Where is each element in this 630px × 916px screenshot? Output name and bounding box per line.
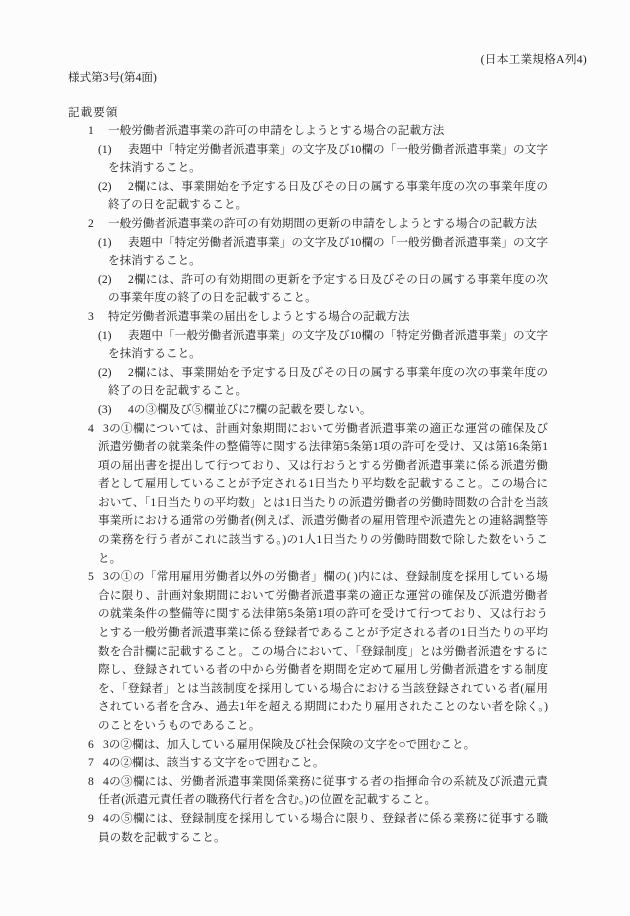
item-number: 9 [88,810,94,829]
instruction-item-7: 7 4の②欄は、該当する文字を○で囲むこと。 [88,754,548,773]
subitem-number: (1) [98,141,112,160]
subitem-2-1: (1) 表題中「特定労働者派遣事業」の文字及び10欄の「一般労働者派遣事業」の文… [88,234,548,271]
instruction-item-5: 5 3の①の「常用雇用労働者以外の労働者」欄の( )内には、登録制度を採用してい… [88,568,548,735]
subitem-number: (2) [98,364,112,383]
instruction-item-8: 8 4の③欄には、労働者派遣事業関係業務に従事する者の指揮命令の系統及び派遣元責… [88,773,548,810]
subitem-number: (3) [98,401,112,420]
item-head: 1 一般労働者派遣事業の許可の申請をしようとする場合の記載方法 [88,122,548,141]
item-number: 8 [88,773,94,792]
subitem-text: 2欄には、事業開始を予定する日及びその日の属する事業年度の次の事業年度の終了の日… [108,180,548,212]
item-head: 3 特定労働者派遣事業の届出をしようとする場合の記載方法 [88,308,548,327]
item-text: 3の②欄は、加入している雇用保険及び社会保険の文字を○で囲むこと。 [103,738,475,751]
instruction-item-3: 3 特定労働者派遣事業の届出をしようとする場合の記載方法 (1) 表題中「一般労… [88,308,548,420]
item-number: 5 [88,568,94,587]
subitem-text: 2欄には、事業開始を予定する日及びその日の属する事業年度の次の事業年度の終了の日… [108,366,548,398]
instruction-item-6: 6 3の②欄は、加入している雇用保険及び社会保険の文字を○で囲むこと。 [88,736,548,755]
subitem-text: 表題中「一般労働者派遣事業」の文字及び10欄の「特定労働者派遣事業」の文字を抹消… [108,329,548,361]
item-text: 4の②欄は、該当する文字を○で囲むこと。 [103,756,325,769]
item-number: 6 [88,736,94,755]
subitem-3-1: (1) 表題中「一般労働者派遣事業」の文字及び10欄の「特定労働者派遣事業」の文… [88,327,548,364]
instruction-item-2: 2 一般労働者派遣事業の許可の有効期間の更新の申請をしようとする場合の記載方法 … [88,215,548,308]
instruction-item-9: 9 4の⑤欄には、登録制度を採用している場合に限り、登録者に係る業務に従事する職… [88,810,548,847]
instructions-list: 1 一般労働者派遣事業の許可の申請をしようとする場合の記載方法 (1) 表題中「… [88,122,548,847]
item-text: 3の①の「常用雇用労働者以外の労働者」欄の( )内には、登録制度を採用している場… [98,570,548,732]
subitem-number: (1) [98,234,112,253]
subitem-number: (1) [98,327,112,346]
item-number: 2 [88,215,94,234]
instruction-item-1: 1 一般労働者派遣事業の許可の申請をしようとする場合の記載方法 (1) 表題中「… [88,122,548,215]
subitem-text: 表題中「特定労働者派遣事業」の文字及び10欄の「一般労働者派遣事業」の文字を抹消… [108,143,548,175]
subitem-text: 表題中「特定労働者派遣事業」の文字及び10欄の「一般労働者派遣事業」の文字を抹消… [108,236,548,268]
item-number: 4 [88,420,94,439]
item-number: 1 [88,122,94,141]
item-text: 一般労働者派遣事業の許可の申請をしようとする場合の記載方法 [108,124,444,137]
subitem-text: 4の③欄及び⑤欄並びに7欄の記載を要しない。 [128,403,371,416]
section-heading: 記載要領 [68,104,118,120]
subitem-2-2: (2) 2欄には、許可の有効期間の更新を予定する日及びその日の属する事業年度の次… [88,271,548,308]
subitem-1-2: (2) 2欄には、事業開始を予定する日及びその日の属する事業年度の次の事業年度の… [88,178,548,215]
subitem-3-3: (3) 4の③欄及び⑤欄並びに7欄の記載を要しない。 [88,401,548,420]
form-number: 様式第3号(第4面) [68,69,157,85]
document-page: (日本工業規格A列4) 様式第3号(第4面) 記載要領 1 一般労働者派遣事業の… [0,0,630,916]
item-text: 一般労働者派遣事業の許可の有効期間の更新の申請をしようとする場合の記載方法 [108,217,537,230]
item-text: 4の③欄には、労働者派遣事業関係業務に従事する者の指揮命令の系統及び派遣元責任者… [98,775,548,807]
subitem-1-1: (1) 表題中「特定労働者派遣事業」の文字及び10欄の「一般労働者派遣事業」の文… [88,141,548,178]
paper-size-note: (日本工業規格A列4) [481,51,587,67]
subitem-text: 2欄には、許可の有効期間の更新を予定する日及びその日の属する事業年度の次の事業年… [108,273,548,305]
subitem-number: (2) [98,178,112,197]
item-text: 4の⑤欄には、登録制度を採用している場合に限り、登録者に係る業務に従事する職員の… [98,812,548,844]
subitem-3-2: (2) 2欄には、事業開始を予定する日及びその日の属する事業年度の次の事業年度の… [88,364,548,401]
subitem-number: (2) [98,271,112,290]
item-number: 3 [88,308,94,327]
item-number: 7 [88,754,94,773]
item-head: 2 一般労働者派遣事業の許可の有効期間の更新の申請をしようとする場合の記載方法 [88,215,548,234]
item-text: 特定労働者派遣事業の届出をしようとする場合の記載方法 [108,310,409,323]
item-text: 3の①欄については、計画対象期間において労働者派遣事業の適正な運営の確保及び派遣… [98,422,548,565]
instruction-item-4: 4 3の①欄については、計画対象期間において労働者派遣事業の適正な運営の確保及び… [88,420,548,569]
